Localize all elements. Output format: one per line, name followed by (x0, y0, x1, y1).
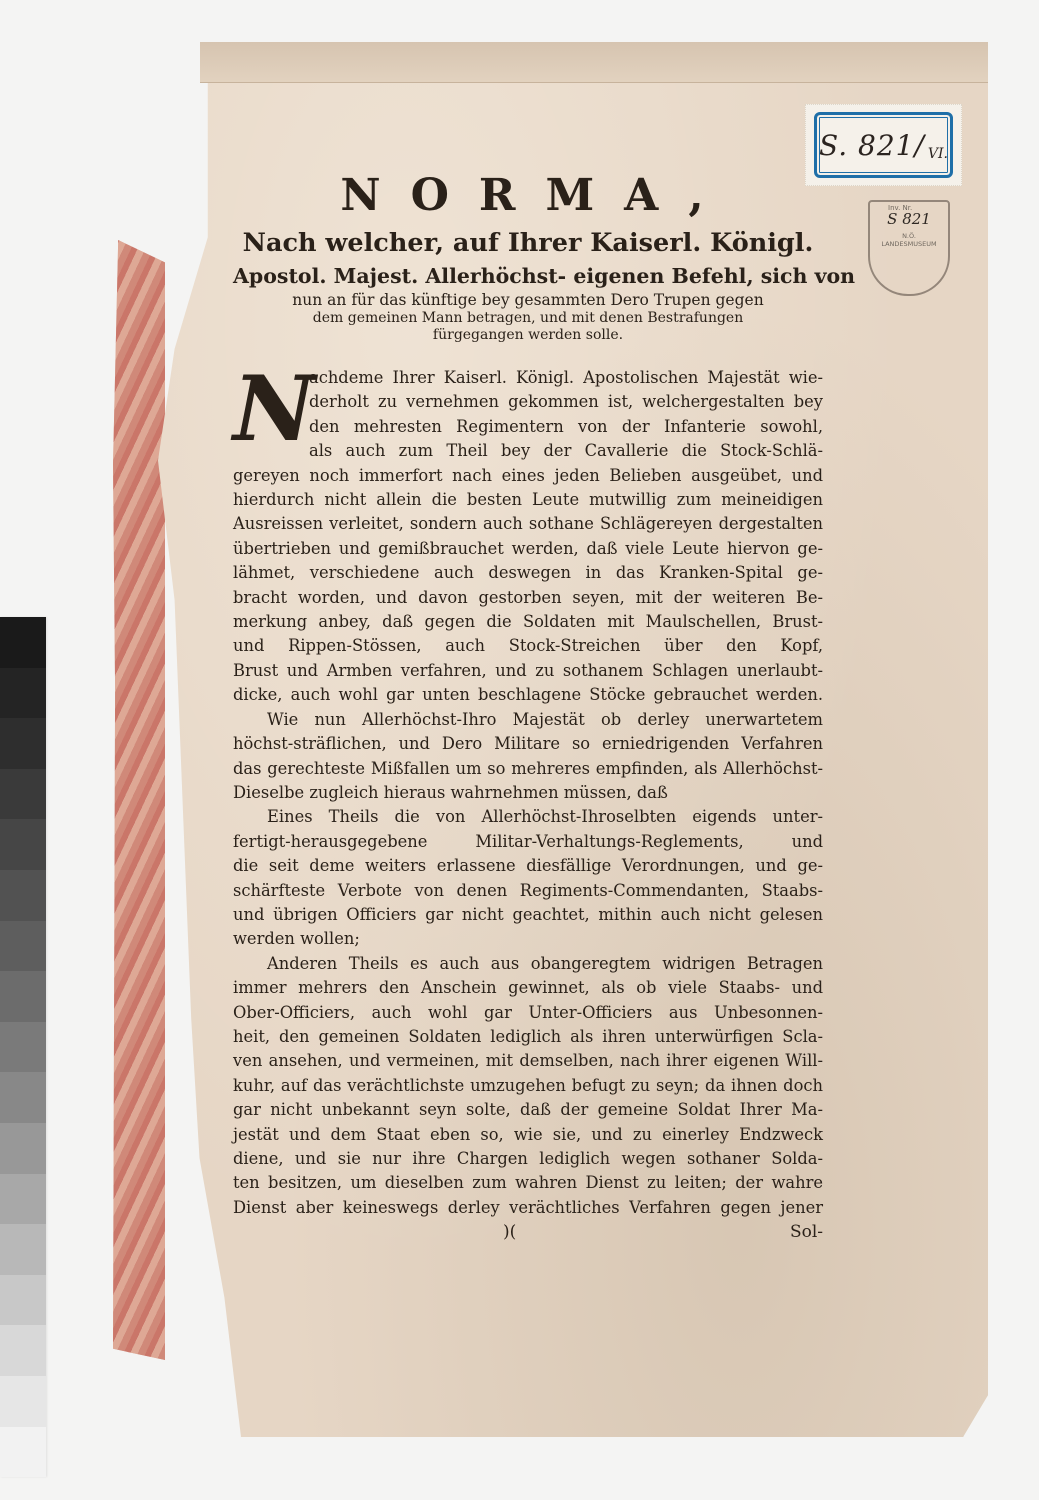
greyscale-step (0, 921, 46, 972)
greyscale-step (0, 1072, 46, 1123)
stamp-number: S 821 (870, 210, 948, 228)
shelfmark-label: S. 821/ VI. (805, 104, 962, 186)
greyscale-step (0, 668, 46, 719)
text-line: Ausreissen verleitet, sondern auch sotha… (233, 512, 823, 536)
text-line: immer mehrers den Anschein gewinnet, als… (233, 976, 823, 1000)
greyscale-step (0, 819, 46, 870)
text-line: werden wollen; (233, 927, 823, 951)
paragraph-3: Eines Theils die von Allerhöchst-Ihrosel… (233, 805, 823, 951)
text-line: Dienst aber keineswegs derley verächtlic… (233, 1196, 823, 1220)
text-line: das gerechteste Mißfallen um so mehreres… (233, 757, 823, 781)
subtitle-line: Nach welcher, auf Ihrer Kaiserl. Königl. (233, 226, 823, 261)
drop-cap-initial: N (233, 369, 301, 451)
text-line: bracht worden, und davon gestorben seyen… (233, 586, 823, 610)
greyscale-step (0, 1174, 46, 1225)
text-line: ven ansehen, und vermeinen, mit demselbe… (233, 1049, 823, 1073)
text-line: und Rippen-Stössen, auch Stock-Streichen… (233, 634, 823, 658)
text-line: achdeme Ihrer Kaiserl. Königl. Apostolis… (233, 366, 823, 390)
text-line: als auch zum Theil bey der Cavallerie di… (233, 439, 823, 463)
greyscale-calibration-strip (0, 617, 46, 1477)
page-footer: )( Sol- (233, 1220, 823, 1246)
shelfmark-suffix: VI. (928, 146, 948, 162)
greyscale-step (0, 1275, 46, 1326)
text-line: heit, den gemeinen Soldaten lediglich al… (233, 1025, 823, 1049)
text-line: lähmet, verschiedene auch deswegen in da… (233, 561, 823, 585)
body-text: N achdeme Ihrer Kaiserl. Königl. Apostol… (233, 366, 823, 1246)
greyscale-step (0, 870, 46, 921)
text-line: Dieselbe zugleich hieraus wahrnehmen müs… (233, 781, 823, 805)
text-line: merkung anbey, daß gegen die Soldaten mi… (233, 610, 823, 634)
text-line: fertigt-herausgegebene Militar-Verhaltun… (233, 830, 823, 854)
greyscale-step (0, 971, 46, 1022)
document-title: NORMA, (233, 170, 823, 222)
stamp-inv-prefix: Inv. Nr. (888, 204, 912, 212)
subtitle-line: fürgegangen werden solle. (233, 327, 823, 344)
subtitle-line: Apostol. Majest. Allerhöchst- eigenen Be… (233, 261, 823, 291)
greyscale-step (0, 617, 46, 668)
text-line: Wie nun Allerhöchst-Ihro Majestät ob der… (233, 708, 823, 732)
stamp-ring-text: N.Ö. LANDESMUSEUM (870, 232, 948, 248)
folded-top-edge (200, 42, 988, 83)
text-line: gereyen noch immerfort nach eines jeden … (233, 464, 823, 488)
text-line: übertrieben und gemißbrauchet werden, da… (233, 537, 823, 561)
museum-stamp: Inv. Nr. S 821 N.Ö. LANDESMUSEUM (868, 200, 950, 296)
text-line: höchst-sträflichen, und Dero Militare so… (233, 732, 823, 756)
greyscale-step (0, 769, 46, 820)
greyscale-step (0, 1427, 46, 1478)
shelfmark-text: S. 821/ (819, 129, 925, 162)
text-line: gar nicht unbekannt seyn solte, daß der … (233, 1098, 823, 1122)
subtitle-line: dem gemeinen Mann betragen, und mit dene… (233, 310, 823, 327)
text-line: und übrigen Officiers gar nicht geachtet… (233, 903, 823, 927)
text-line: die seit deme weiters erlassene diesfäll… (233, 854, 823, 878)
text-line: dicke, auch wohl gar unten beschlagene S… (233, 683, 823, 707)
greyscale-step (0, 1123, 46, 1174)
greyscale-step (0, 1022, 46, 1073)
catchword: Sol- (790, 1222, 823, 1242)
text-line: den mehresten Regimentern von der Infant… (233, 415, 823, 439)
text-line: ten besitzen, um dieselben zum wahren Di… (233, 1171, 823, 1195)
text-line: Anderen Theils es auch aus obangeregtem … (233, 952, 823, 976)
signature-mark: )( (503, 1222, 516, 1242)
marbled-spine-strip (113, 240, 165, 1360)
greyscale-step (0, 1376, 46, 1427)
text-line: Eines Theils die von Allerhöchst-Ihrosel… (233, 805, 823, 829)
paragraph-2: Wie nun Allerhöchst-Ihro Majestät ob der… (233, 708, 823, 806)
greyscale-step (0, 718, 46, 769)
text-line: jestät und dem Staat eben so, wie sie, u… (233, 1123, 823, 1147)
subtitle-line: nun an für das künftige bey gesammten De… (233, 291, 823, 310)
document-text: NORMA, Nach welcher, auf Ihrer Kaiserl. … (233, 170, 823, 1246)
paragraph-4: Anderen Theils es auch aus obangeregtem … (233, 952, 823, 1220)
text-line: Brust und Armben verfahren, und zu sotha… (233, 659, 823, 683)
text-line: kuhr, auf das verächtlichste umzugehen b… (233, 1074, 823, 1098)
text-line: schärfteste Verbote von denen Regiments-… (233, 879, 823, 903)
greyscale-step (0, 1325, 46, 1376)
text-line: derholt zu vernehmen gekommen ist, welch… (233, 390, 823, 414)
greyscale-step (0, 1224, 46, 1275)
text-line: hierdurch nicht allein die besten Leute … (233, 488, 823, 512)
paragraph-1: achdeme Ihrer Kaiserl. Königl. Apostolis… (233, 366, 823, 708)
text-line: Ober-Officiers, auch wohl gar Unter-Offi… (233, 1001, 823, 1025)
label-border: S. 821/ VI. (814, 112, 953, 178)
text-line: diene, und sie nur ihre Chargen lediglic… (233, 1147, 823, 1171)
